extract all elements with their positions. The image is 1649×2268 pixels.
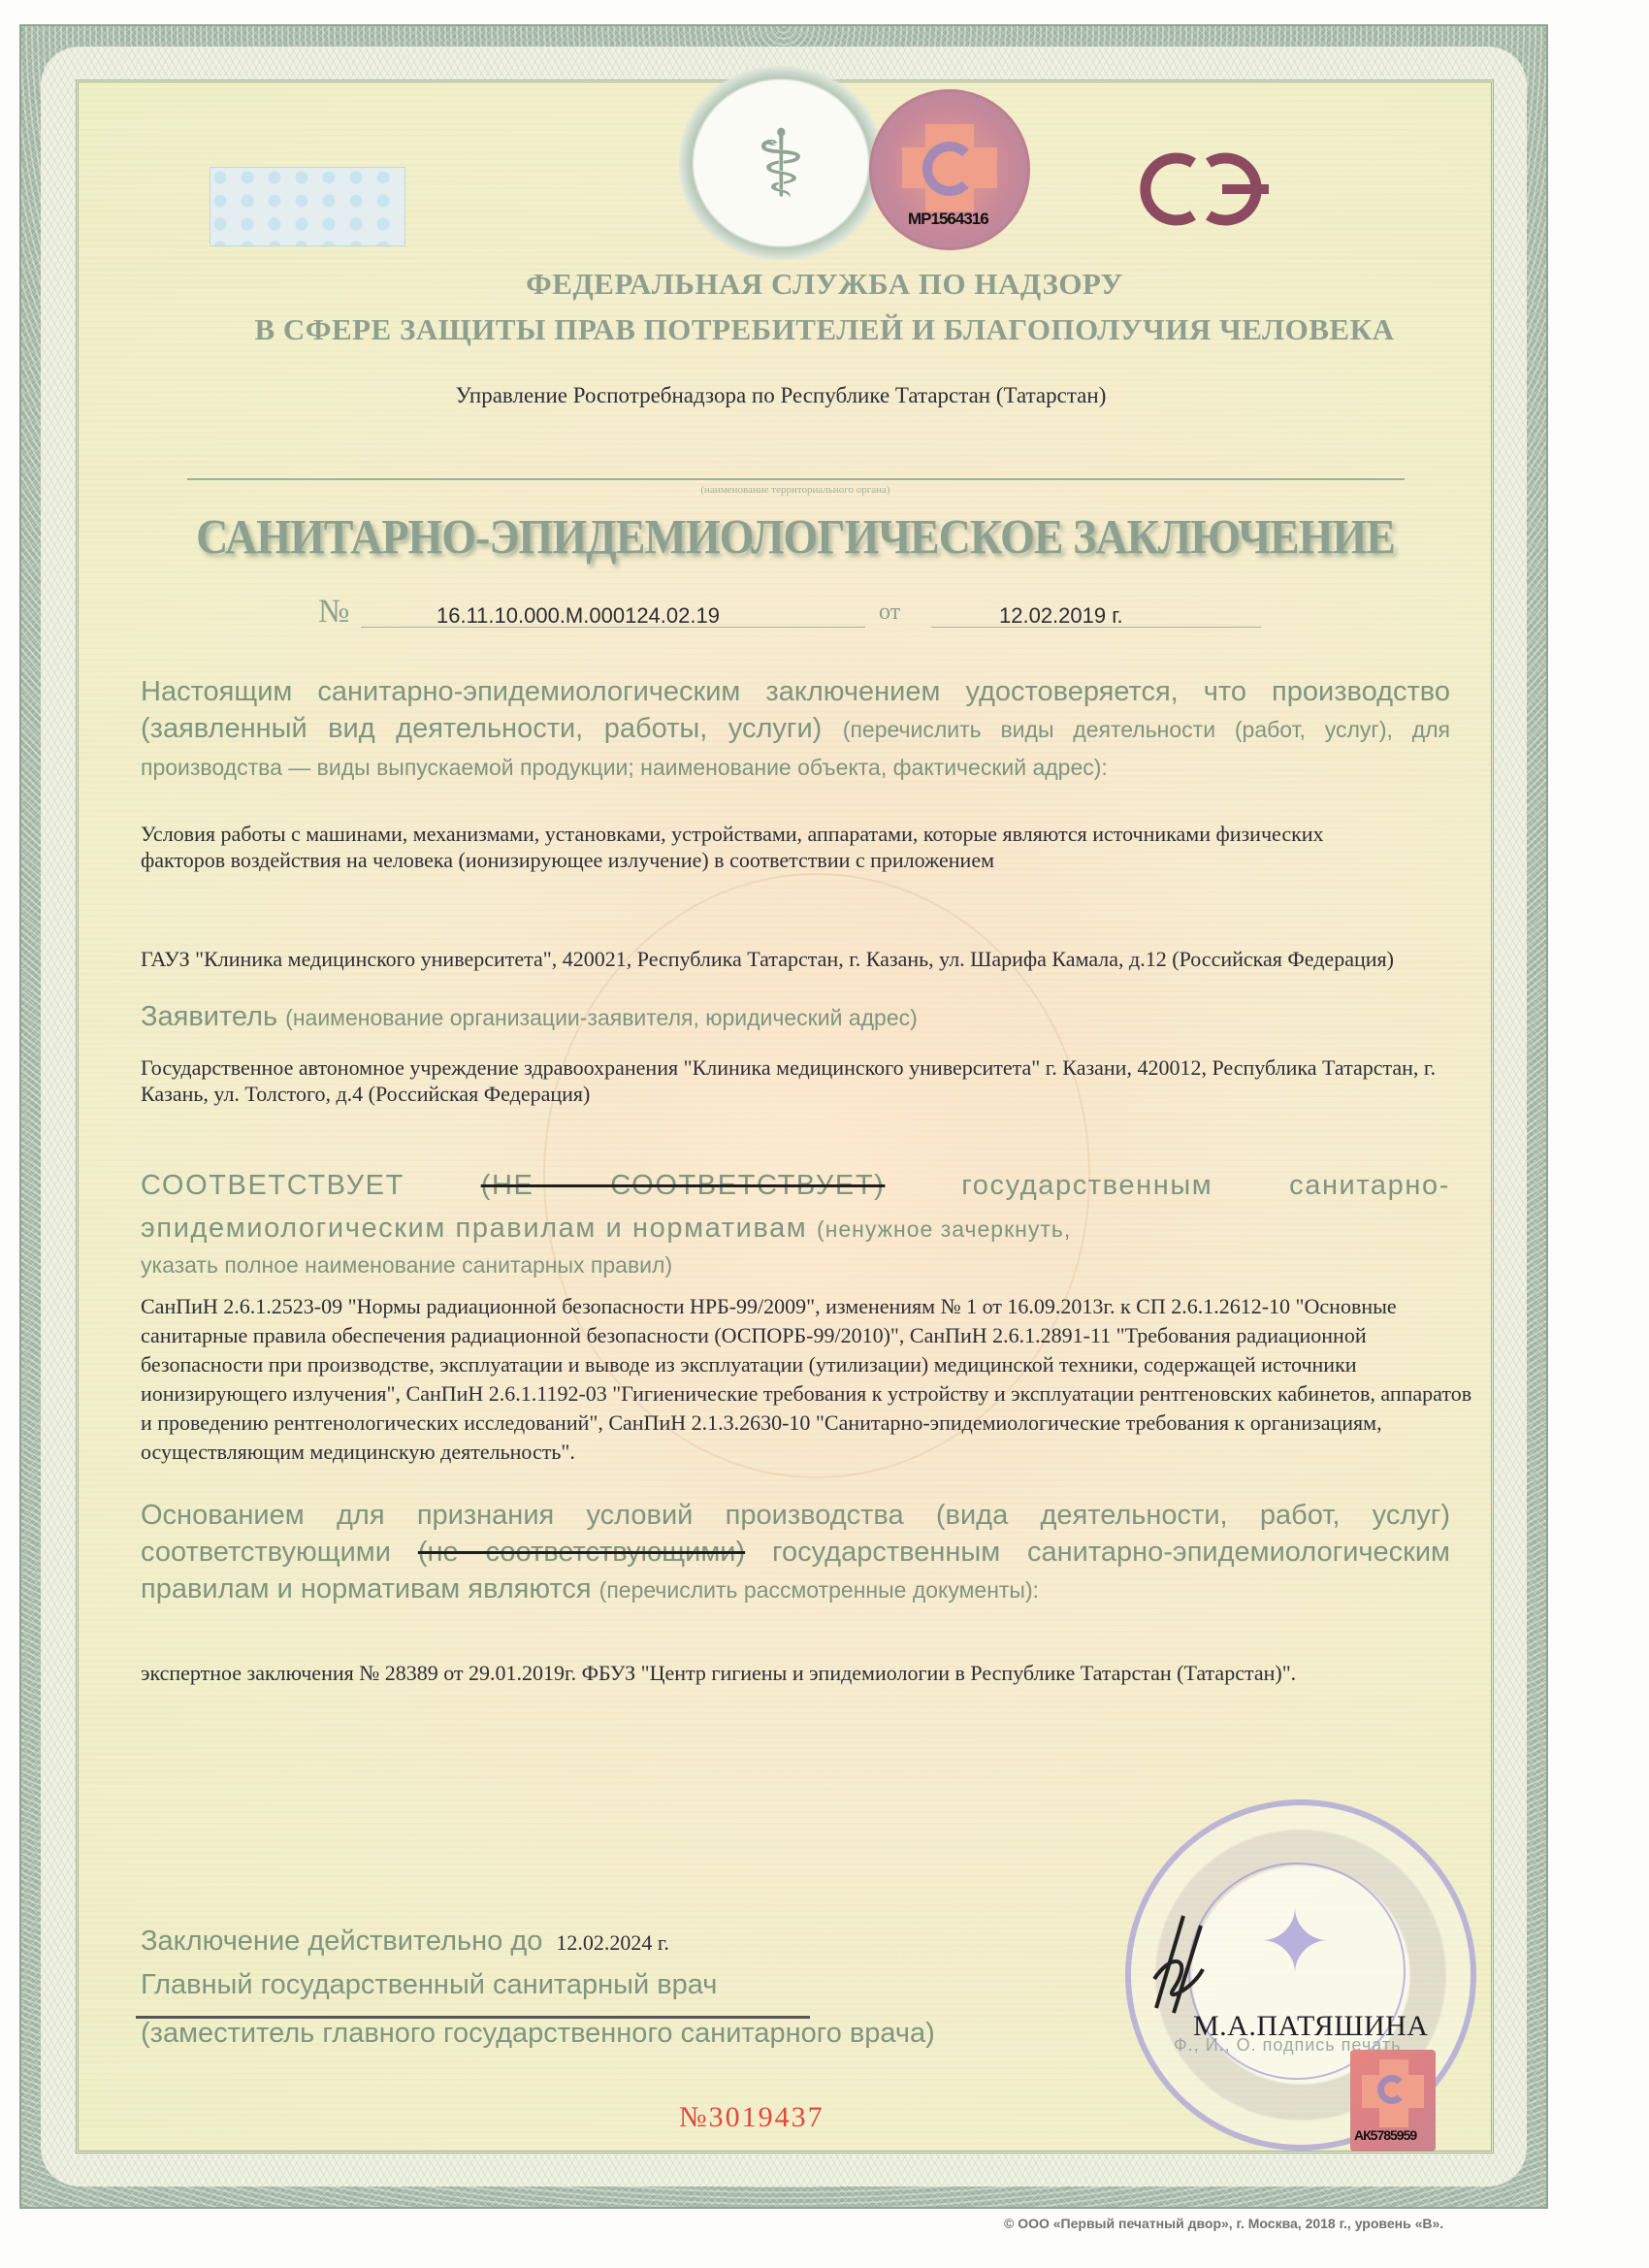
document-title: САНИТАРНО-ЭПИДЕМИОЛОГИЧЕСКОЕ ЗАКЛЮЧЕНИЕ [0, 508, 1591, 565]
lead-paragraph: Настоящим санитарно-эпидемиологическим з… [141, 673, 1450, 786]
activity-description: Условия работы с машинами, механизмами, … [141, 821, 1402, 873]
applicant-label-row: Заявитель (наименование организации-заяв… [141, 1001, 1450, 1033]
security-hologram-strip [210, 167, 405, 246]
hologram-sticker-top: МР1564316 [869, 89, 1030, 250]
facility-address: ГАУЗ "Клиника медицинского университета"… [141, 946, 1479, 972]
c-mark-icon [1377, 2075, 1406, 2104]
document-number-row: № 16.11.10.000.М.000124.02.19 от 12.02.2… [0, 594, 1649, 632]
conformity-paragraph: СООТВЕТСТВУЕТ (НЕ СООТВЕТСТВУЕТ) государ… [141, 1164, 1450, 1280]
se-logo-icon [1133, 146, 1278, 233]
sanitary-rules-list: СанПиН 2.6.1.2523-09 "Нормы радиационной… [141, 1292, 1479, 1467]
territorial-body: Управление Роспотребнадзора по Республик… [0, 383, 1562, 408]
c-mark-icon [922, 142, 977, 196]
signature-icon [1145, 1911, 1222, 2018]
basis-paragraph: Основанием для признания условий произво… [141, 1497, 1450, 1608]
document-date: 12.02.2019 г. [999, 603, 1123, 629]
printer-copyright: © ООО «Первый печатный двор», г. Москва,… [1004, 2216, 1443, 2231]
stamp-eagle-icon: ✦ [1242, 1892, 1348, 1993]
applicant-value: Государственное автономное учреждение зд… [141, 1054, 1450, 1107]
conformity-struck: (НЕ СООТВЕТСТВУЕТ) [481, 1170, 886, 1201]
hologram-sticker-bottom: АК5785959 [1350, 2050, 1436, 2152]
applicant-hint: (наименование организации-заявителя, юри… [285, 1005, 918, 1030]
validity-date: 12.02.2024 г. [556, 1930, 669, 1955]
agency-name-line1: ФЕДЕРАЛЬНАЯ СЛУЖБА ПО НАДЗОРУ [0, 267, 1649, 302]
conformity-hint: (ненужное зачеркнуть, [817, 1216, 1071, 1242]
date-label: от [879, 599, 900, 626]
number-sign: № [318, 594, 349, 631]
agency-name-line2: В СФЕРЕ ЗАЩИТЫ ПРАВ ПОТРЕБИТЕЛЕЙ И БЛАГО… [0, 312, 1649, 347]
territorial-body-caption: (наименование территориального органа) [0, 484, 1591, 496]
territorial-body-rule [187, 478, 1405, 480]
document-number: 16.11.10.000.М.000124.02.19 [436, 603, 720, 629]
basis-documents: экспертное заключения № 28389 от 29.01.2… [141, 1659, 1479, 1688]
basis-struck: (не соответствующими) [418, 1537, 745, 1568]
conformity-status: СООТВЕТСТВУЕТ [141, 1170, 404, 1201]
double-headed-eagle-icon: ⚕ [729, 97, 832, 233]
applicant-label: Заявитель [141, 1001, 277, 1032]
validity-label: Заключение действительно до [141, 1926, 542, 1957]
hologram-code: АК5785959 [1354, 2127, 1416, 2143]
conformity-hint2: указать полное наименование санитарных п… [141, 1250, 1450, 1280]
basis-hint: (перечислить рассмотренные документы): [599, 1577, 1039, 1603]
hologram-code: МР1564316 [908, 210, 988, 229]
form-serial-number: №3019437 [679, 2101, 824, 2134]
